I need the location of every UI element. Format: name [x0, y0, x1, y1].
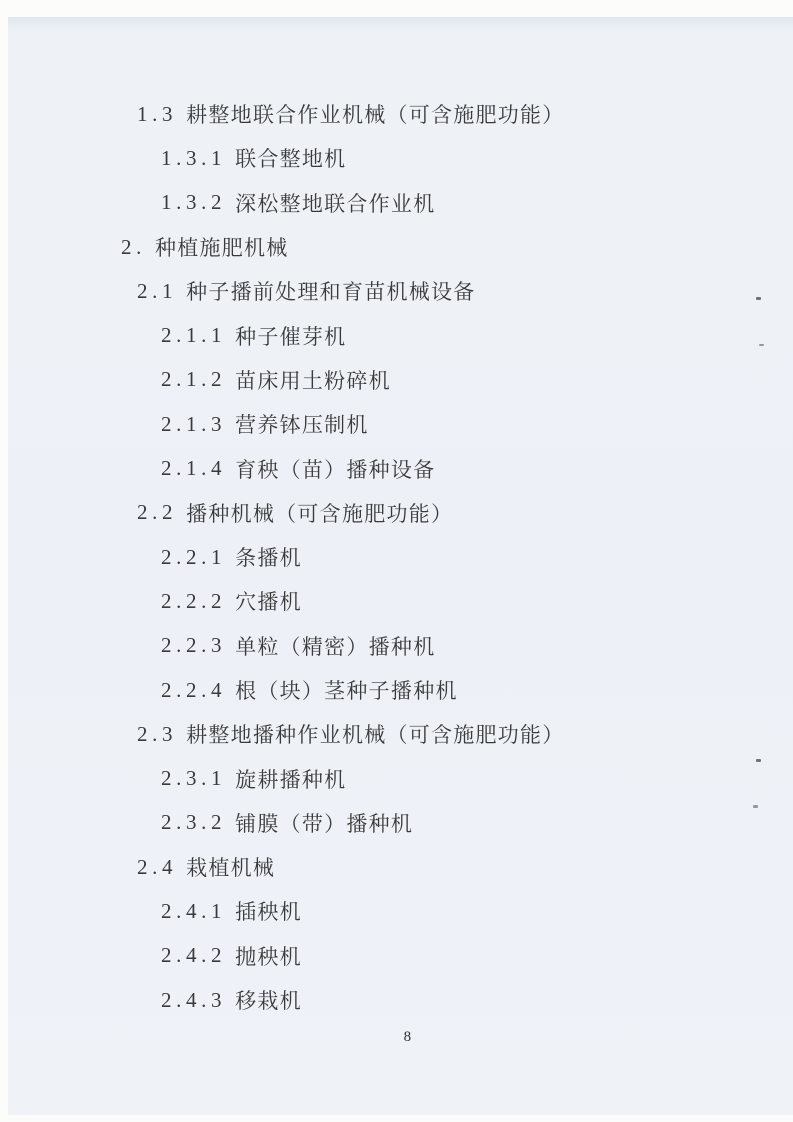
- item-label: 育秧（苗）播种设备: [235, 454, 435, 484]
- item-label: 抛秧机: [235, 941, 302, 971]
- list-item: 1.3.1 联合整地机: [8, 136, 793, 180]
- scan-speckle: [753, 805, 758, 808]
- item-number: 2.1.3: [161, 412, 226, 437]
- item-label: 耕整地播种作业机械（可含施肥功能）: [186, 719, 564, 749]
- list-item: 2.1.1 种子催芽机: [8, 313, 793, 357]
- item-number: 1.3: [137, 102, 177, 127]
- item-label: 深松整地联合作业机: [235, 188, 435, 218]
- item-label: 单粒（精密）播种机: [235, 631, 435, 661]
- list-item: 2.3 耕整地播种作业机械（可含施肥功能）: [8, 712, 793, 756]
- item-number: 2.3: [137, 722, 177, 747]
- scan-speckle: [756, 759, 761, 762]
- item-label: 营养钵压制机: [235, 409, 369, 439]
- item-label: 苗床用土粉碎机: [235, 365, 391, 395]
- item-number: 2.2.3: [161, 633, 226, 658]
- item-label: 插秧机: [235, 896, 302, 926]
- list-item: 2.2.1 条播机: [8, 535, 793, 579]
- list-item: 2. 种植施肥机械: [8, 225, 793, 269]
- item-number: 2.3.2: [161, 810, 226, 835]
- item-label: 栽植机械: [186, 852, 275, 882]
- list-item: 2.1 种子播前处理和育苗机械设备: [8, 269, 793, 313]
- list-item: 2.3.1 旋耕播种机: [8, 756, 793, 800]
- list-item: 2.1.4 育秧（苗）播种设备: [8, 446, 793, 490]
- item-number: 2.1.4: [161, 456, 226, 481]
- scan-speckle: [759, 344, 764, 346]
- item-label: 播种机械（可含施肥功能）: [186, 498, 453, 528]
- list-item: 2.2 播种机械（可含施肥功能）: [8, 491, 793, 535]
- item-number: 2.2.2: [161, 589, 226, 614]
- item-label: 条播机: [235, 542, 302, 572]
- list-item: 2.3.2 铺膜（带）播种机: [8, 801, 793, 845]
- item-number: 2.2.4: [161, 678, 226, 703]
- list-item: 2.4.3 移栽机: [8, 978, 793, 1022]
- item-number: 2.1.1: [161, 323, 226, 348]
- item-number: 2.1.2: [161, 367, 226, 392]
- list-item: 1.3.2 深松整地联合作业机: [8, 181, 793, 225]
- list-item: 2.4.2 抛秧机: [8, 934, 793, 978]
- item-number: 2.4.3: [161, 988, 226, 1013]
- list-item: 2.2.2 穴播机: [8, 579, 793, 623]
- page-number: 8: [8, 1029, 793, 1046]
- item-label: 种子播前处理和育苗机械设备: [186, 276, 475, 306]
- list-item: 1.3 耕整地联合作业机械（可含施肥功能）: [8, 92, 793, 136]
- item-number: 2.4.1: [161, 899, 226, 924]
- item-number: 2.2: [137, 500, 177, 525]
- item-number: 2.1: [137, 279, 177, 304]
- item-label: 联合整地机: [235, 143, 346, 173]
- item-number: 2.3.1: [161, 766, 226, 791]
- item-number: 1.3.1: [161, 146, 226, 171]
- scan-speckle: [756, 297, 761, 300]
- item-label: 种子催芽机: [235, 321, 346, 351]
- item-number: 2.4.2: [161, 943, 226, 968]
- list-item: 2.1.2 苗床用土粉碎机: [8, 358, 793, 402]
- list-item: 2.2.4 根（块）茎种子播种机: [8, 668, 793, 712]
- list-item: 2.1.3 营养钵压制机: [8, 402, 793, 446]
- list-item: 2.4 栽植机械: [8, 845, 793, 889]
- item-label: 铺膜（带）播种机: [235, 808, 413, 838]
- item-number: 2.: [121, 235, 146, 260]
- list-item: 2.4.1 插秧机: [8, 889, 793, 933]
- item-label: 穴播机: [235, 586, 302, 616]
- item-number: 2.2.1: [161, 545, 226, 570]
- item-label: 旋耕播种机: [235, 764, 346, 794]
- item-label: 移栽机: [235, 985, 302, 1015]
- scanned-page: 1.3 耕整地联合作业机械（可含施肥功能） 1.3.1 联合整地机 1.3.2 …: [8, 17, 793, 1115]
- document-body: 1.3 耕整地联合作业机械（可含施肥功能） 1.3.1 联合整地机 1.3.2 …: [8, 92, 793, 1022]
- item-label: 种植施肥机械: [155, 232, 289, 262]
- item-number: 2.4: [137, 855, 177, 880]
- item-label: 根（块）茎种子播种机: [235, 675, 458, 705]
- item-label: 耕整地联合作业机械（可含施肥功能）: [186, 99, 564, 129]
- list-item: 2.2.3 单粒（精密）播种机: [8, 624, 793, 668]
- item-number: 1.3.2: [161, 190, 226, 215]
